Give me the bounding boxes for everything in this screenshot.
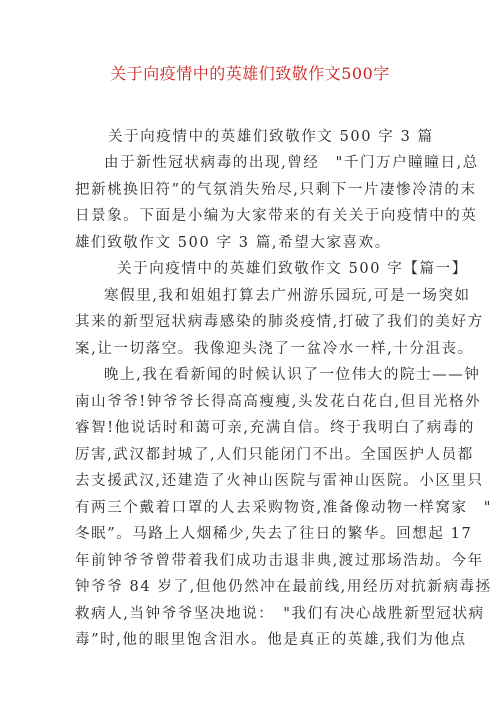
paragraph-line: 案,让一切落空。我像迎头浇了一盆冷水一样,十分沮丧。 <box>75 339 500 359</box>
paragraph-line: 南山爷爷!钟爷爷长得高高瘦瘦,头发花白花白,但目光格外 <box>75 392 500 412</box>
paragraph-line: 有两三个戴着口罩的人去采购物资,准备像动物一样窝家 " <box>75 498 500 518</box>
paragraph-line: 睿智!他说话时和蔼可亲,充满自信。终于我明白了病毒的 <box>75 418 500 438</box>
paragraph-line: 年前钟爷爷曾带着我们成功击退非典,渡过那场浩劫。今年 <box>75 551 500 571</box>
document-page: 关于向疫情中的英雄们致敬作文500字 关于向疫情中的英雄们致敬作文 500 字 … <box>0 0 500 708</box>
paragraph-line: 厉害,武汉都封城了,人们只能闭门不出。全国医护人员都 <box>75 445 500 465</box>
paragraph-line: 把新桃换旧符”的气氛消失殆尽,只剩下一片凄惨冷清的末 <box>75 180 500 200</box>
paragraph-line: 晚上,我在看新闻的时候认识了一位伟大的院士——钟 <box>104 365 500 385</box>
paragraph-line: 钟爷爷 84 岁了,但他仍然冲在最前线,用经历对抗新病毒拯 <box>75 577 500 597</box>
paragraph-line: 寒假里,我和姐姐打算去广州游乐园玩,可是一场突如 <box>104 286 500 306</box>
paragraph-line: 由于新性冠状病毒的出现,曾经 "千门万户瞳瞳日,总 <box>104 153 500 173</box>
document-subtitle: 关于向疫情中的英雄们致敬作文 500 字 3 篇 <box>108 127 500 147</box>
paragraph-line: 其来的新型冠状病毒感染的肺炎疫情,打破了我们的美好方 <box>75 312 500 332</box>
section-heading: 关于向疫情中的英雄们致敬作文 500 字【篇一】 <box>117 259 500 279</box>
paragraph-line: 去支援武汉,还建造了火神山医院与雷神山医院。小区里只 <box>75 471 500 491</box>
paragraph-line: 冬眠”。马路上人烟稀少,失去了往日的繁华。回想起 17 <box>75 524 500 544</box>
paragraph-line: 雄们致敬作文 500 字 3 篇,希望大家喜欢。 <box>75 233 500 253</box>
paragraph-line: 毒”时,他的眼里饱含泪水。他是真正的英雄,我们为他点 <box>75 630 500 650</box>
document-title: 关于向疫情中的英雄们致敬作文500字 <box>0 63 500 85</box>
paragraph-line: 日景象。下面是小编为大家带来的有关关于向疫情中的英 <box>75 206 500 226</box>
paragraph-line: 救病人,当钟爷爷坚决地说： "我们有决心战胜新型冠状病 <box>75 604 500 624</box>
